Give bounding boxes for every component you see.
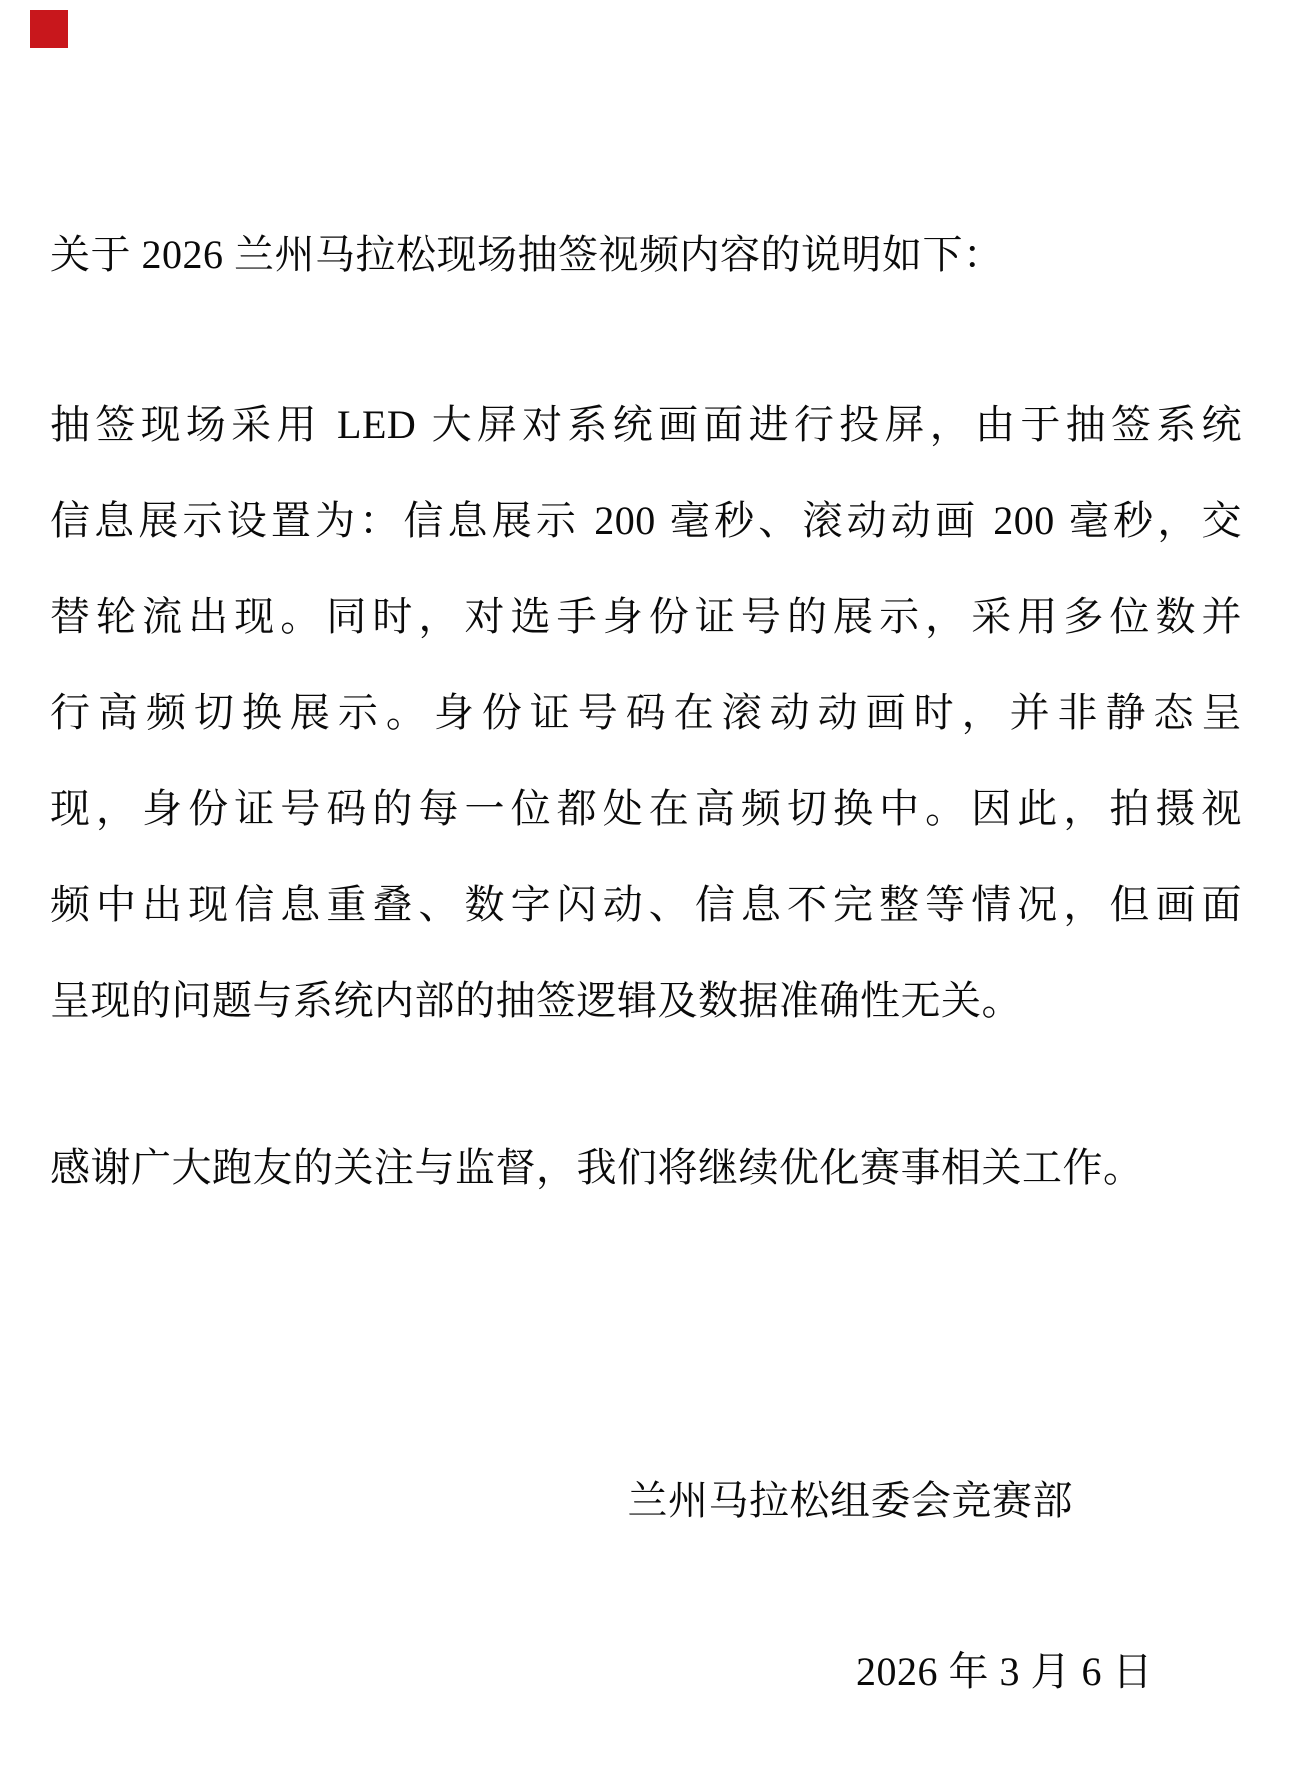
signature-line: 兰州马拉松组委会竞赛部	[50, 1453, 1242, 1549]
document-content: 关于 2026 兰州马拉松现场抽签视频内容的说明如下： 抽签现场采用 LED 大…	[50, 0, 1242, 1720]
paragraph-thanks: 感谢广大跑友的关注与监督，我们将继续优化赛事相关工作。	[50, 1120, 1242, 1216]
date-line: 2026 年 3 月 6 日	[50, 1624, 1242, 1720]
paragraph-main-line-4: 行高频切换展示。身份证号码在滚动动画时，并非静态呈	[50, 665, 1242, 761]
document-page: 关于 2026 兰州马拉松现场抽签视频内容的说明如下： 抽签现场采用 LED 大…	[0, 0, 1290, 1766]
paragraph-main-line-3: 替轮流出现。同时，对选手身份证号的展示，采用多位数并	[50, 569, 1242, 665]
document-title: 关于 2026 兰州马拉松现场抽签视频内容的说明如下：	[50, 207, 1242, 303]
paragraph-main-line-2: 信息展示设置为：信息展示 200 毫秒、滚动动画 200 毫秒，交	[50, 473, 1242, 569]
paragraph-main-line-1: 抽签现场采用 LED 大屏对系统画面进行投屏，由于抽签系统	[50, 377, 1242, 473]
paragraph-main-line-7: 呈现的问题与系统内部的抽签逻辑及数据准确性无关。	[50, 953, 1242, 1049]
paragraph-main: 抽签现场采用 LED 大屏对系统画面进行投屏，由于抽签系统 信息展示设置为：信息…	[50, 377, 1242, 1049]
paragraph-main-line-6: 频中出现信息重叠、数字闪动、信息不完整等情况，但画面	[50, 857, 1242, 953]
paragraph-main-line-5: 现，身份证号码的每一位都处在高频切换中。因此，拍摄视	[50, 761, 1242, 857]
